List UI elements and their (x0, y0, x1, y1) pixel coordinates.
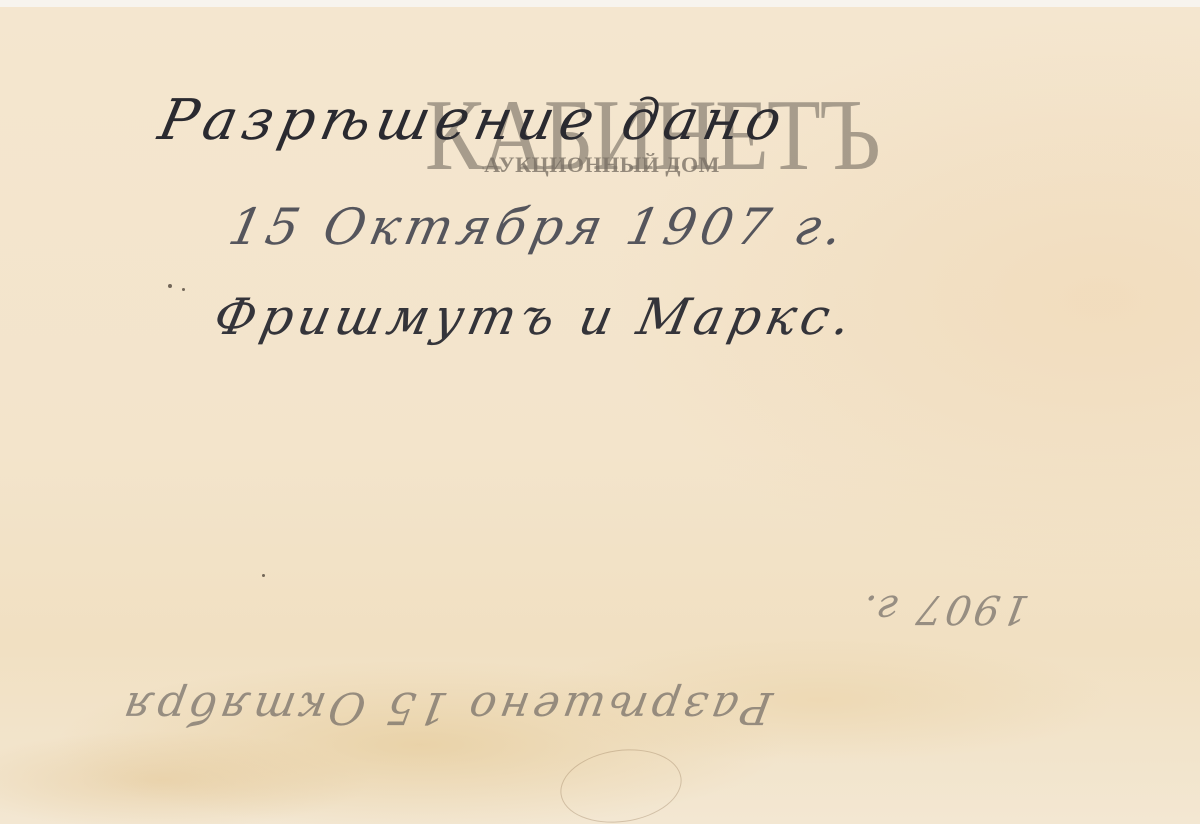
ink-speck (262, 574, 265, 577)
reverse-bleedthrough-text: Разрѣшено 15 Октября (116, 682, 776, 733)
ink-speck (182, 288, 185, 291)
scan-top-edge (0, 0, 1200, 7)
handwritten-line-names: Фришмутъ и Маркс. (209, 288, 861, 346)
handwritten-line-permission: Разрѣшение дано (153, 88, 793, 153)
reverse-bleedthrough-year: 1907 г. (856, 586, 1033, 632)
watermark-subtitle: АУКЦИОННЫЙ ДОМ (396, 152, 808, 178)
ink-speck (168, 284, 172, 288)
handwritten-line-date: 15 Октября 1907 г. (224, 198, 853, 256)
water-stain-ring (556, 742, 687, 824)
document-page: КАБИНЕТЪ АУКЦИОННЫЙ ДОМ Разрѣшение дано … (0, 0, 1200, 824)
